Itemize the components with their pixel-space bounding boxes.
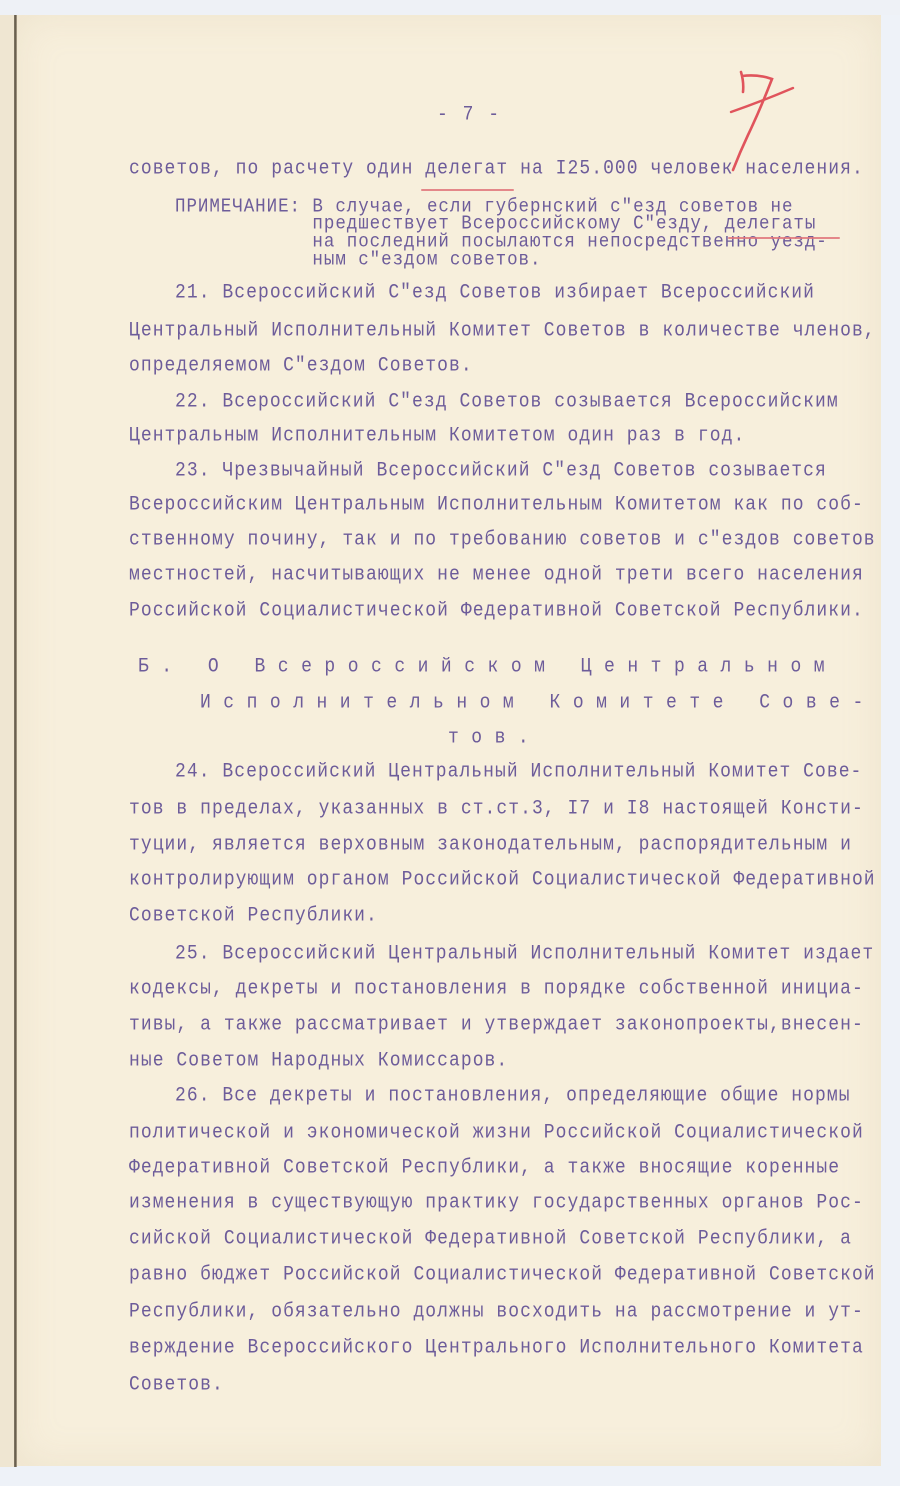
article-line: 25. Всероссийский Центральный Исполнител…	[175, 943, 874, 965]
article-line: тивы, а также рассматривает и утверждает…	[129, 1014, 864, 1036]
article-line: изменения в существующую практику госуда…	[129, 1192, 864, 1214]
article-line: контролирующим органом Российской Социал…	[129, 869, 876, 891]
article-line: 23. Чрезвычайный Всероссийский С"езд Сов…	[175, 460, 827, 482]
section-heading-line: Б. О Всероссийском Центральном	[138, 656, 837, 678]
red-underline-delegaty	[728, 237, 840, 239]
article-line: Советской Республики.	[129, 905, 378, 927]
article-line: Центральный Исполнительный Комитет Совет…	[129, 320, 876, 342]
article-line: 22. Всероссийский С"езд Советов созывает…	[175, 391, 839, 413]
article-line: ственному почину, так и по требованию со…	[129, 529, 876, 551]
article-line: тов в пределах, указанных в ст.ст.3, I7 …	[129, 798, 864, 820]
article-line: верждение Всероссийского Центрального Ис…	[129, 1337, 864, 1359]
note-line: ным с"ездом советов.	[175, 250, 541, 270]
article-line: 21. Всероссийский С"езд Советов избирает…	[175, 282, 815, 304]
article-line: местностей, насчитывающих не менее одной…	[129, 564, 864, 586]
section-heading-line: тов.	[448, 727, 541, 749]
red-underline-delegat	[421, 189, 514, 191]
article-line: 24. Всероссийский Центральный Исполнител…	[175, 761, 862, 783]
section-heading-line: Исполнительном Комитете Сове-	[200, 692, 876, 714]
article-line: туции, является верховным законодательны…	[129, 834, 852, 856]
article-line: равно бюджет Российской Социалистической…	[129, 1264, 876, 1286]
article-line: кодексы, декреты и постановления в поряд…	[129, 978, 864, 1000]
article-line: политической и экономической жизни Росси…	[129, 1122, 864, 1144]
article-line: ные Советом Народных Комиссаров.	[129, 1050, 508, 1072]
article-line: сийской Социалистической Федеративной Со…	[129, 1228, 852, 1250]
article-line: Республики, обязательно должны восходить…	[129, 1301, 864, 1323]
article-line: 26. Все декреты и постановления, определ…	[175, 1085, 851, 1107]
article-line: Российской Социалистической Федеративной…	[129, 600, 864, 622]
article-line: Советов.	[129, 1374, 224, 1396]
binding-fold	[14, 15, 17, 1467]
article-line: определяемом С"ездом Советов.	[129, 355, 473, 377]
article-line: Всероссийским Центральным Исполнительным…	[129, 494, 864, 516]
continuation-line: советов, по расчету один делегат на I25.…	[129, 158, 864, 180]
article-line: Центральным Исполнительным Комитетом оди…	[129, 425, 745, 447]
article-line: Федеративной Советской Республики, а так…	[129, 1157, 840, 1179]
